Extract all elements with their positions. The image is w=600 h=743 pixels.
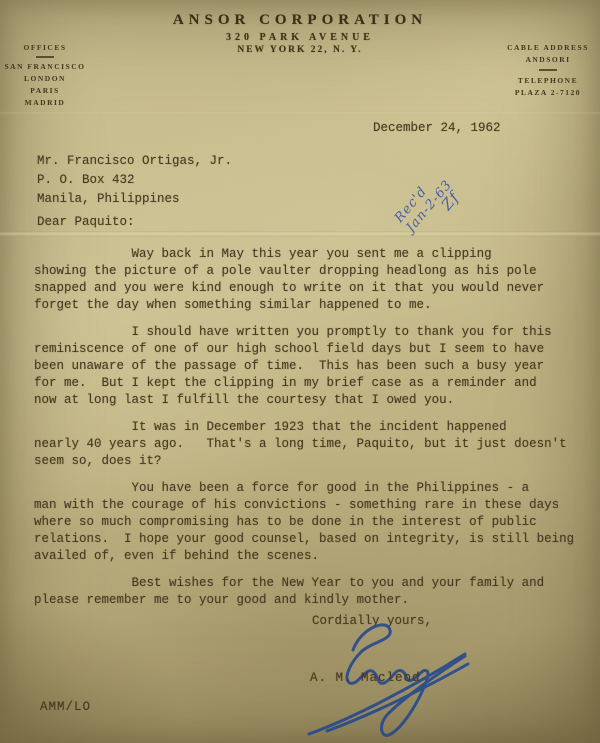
cable-address-label: CABLE ADDRESS: [500, 42, 596, 54]
salutation: Dear Paquito:: [37, 215, 135, 229]
typed-signature-name: A. M. Macleod: [310, 671, 421, 685]
letter-body: Way back in May this year you sent me a …: [34, 246, 590, 619]
office-city-london: LONDON: [0, 73, 104, 85]
paragraph-3: It was in December 1923 that the inciden…: [34, 419, 590, 470]
paper-crease-top: [0, 111, 600, 115]
signature-flourish-stroke: [309, 654, 465, 734]
recipient-address: Mr. Francisco Ortigas, Jr. P. O. Box 432…: [37, 152, 232, 209]
offices-label: OFFICES: [0, 42, 104, 54]
paragraph-4: You have been a force for good in the Ph…: [34, 480, 590, 565]
paragraph-1: Way back in May this year you sent me a …: [34, 246, 590, 314]
reference-initials: AMM/LO: [40, 700, 91, 714]
offices-block: OFFICES SAN FRANCISCO LONDON PARIS MADRI…: [0, 42, 104, 109]
office-city-madrid: MADRID: [0, 97, 104, 109]
company-name: ANSOR CORPORATION: [0, 12, 600, 29]
valediction: Cordially yours,: [312, 614, 432, 628]
paragraph-5: Best wishes for the New Year to you and …: [34, 575, 590, 609]
office-city-paris: PARIS: [0, 85, 104, 97]
cable-telephone-block: CABLE ADDRESS ANDSORI TELEPHONE PLAZA 2-…: [500, 42, 596, 99]
paragraph-2: I should have written you promptly to th…: [34, 324, 590, 409]
cable-divider: [539, 69, 557, 71]
office-city-san-francisco: SAN FRANCISCO: [0, 61, 104, 73]
letter-page: ANSOR CORPORATION 320 PARK AVENUE NEW YO…: [0, 0, 600, 743]
telephone-label: TELEPHONE: [500, 75, 596, 87]
paper-crease: [0, 231, 600, 237]
telephone-value: PLAZA 2-7120: [500, 87, 596, 99]
offices-divider: [36, 56, 54, 58]
date-line: December 24, 1962: [373, 121, 501, 135]
cable-address-value: ANDSORI: [500, 54, 596, 66]
